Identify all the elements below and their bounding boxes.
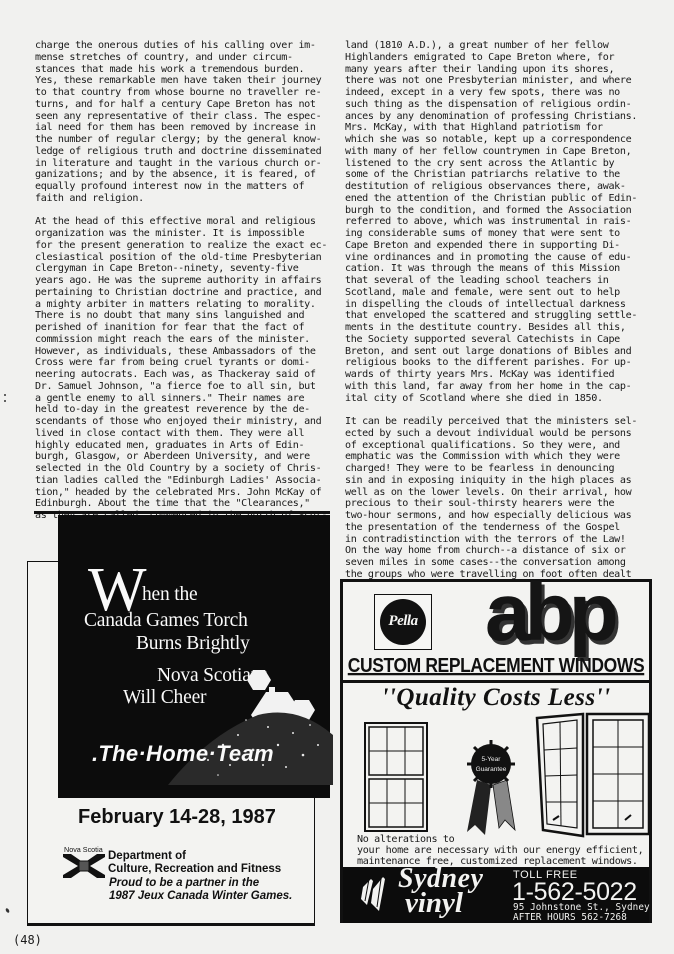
- text-line: burgh, Glasgow, or Aberdeen University, …: [35, 451, 327, 463]
- text-line: some of the Christian patriarchs relativ…: [345, 169, 637, 181]
- paragraph-gap: [35, 205, 327, 217]
- text-line: charge the onerous duties of his calling…: [35, 40, 327, 52]
- text-line: ital city of Scotland where she died in …: [345, 393, 637, 405]
- text-line: pertaining to Christian doctrine and pra…: [35, 287, 327, 299]
- nova-scotia-flag-icon: [63, 854, 105, 878]
- text-line: Breton, and sent out large donations of …: [345, 346, 637, 358]
- text-line: precious to their soul-thirsty hearers w…: [345, 498, 637, 510]
- text-line: a mighty arbiter in matters relating to …: [35, 299, 327, 311]
- department-line: Department of: [108, 850, 281, 863]
- text-line: mense stretches of country, and under ci…: [35, 52, 327, 64]
- text-line: with many of her fellow countrymen in Ca…: [345, 146, 637, 158]
- text-line: ial need for them has been removed by in…: [35, 122, 327, 134]
- slogan-home-team: .The·Home·Team: [92, 741, 274, 767]
- company-name-vinyl: vinyl: [405, 887, 463, 920]
- text-line: Highlanders emigrated to Cape Breton whe…: [345, 52, 637, 64]
- text-line: a gentle enemy to all sinners." Their na…: [35, 393, 327, 405]
- text-line: religious books to the different parishe…: [345, 357, 637, 369]
- margin-mark: [4, 400, 6, 402]
- text-line: which she was so notable, kept up a corr…: [345, 134, 637, 146]
- text-line: However, as individuals, these Ambassado…: [35, 346, 327, 358]
- article-column-right: land (1810 A.D.), a great number of her …: [345, 40, 637, 592]
- text-line: perished of inanition for fear that the …: [35, 322, 327, 334]
- page-number: (48): [13, 933, 42, 947]
- replacement-windows-ad: Pella abp CUSTOM REPLACEMENT WINDOWS ''Q…: [340, 579, 652, 923]
- text-line: It can be readily perceived that the min…: [345, 416, 637, 428]
- text-line: Yes, these remarkable men have taken the…: [35, 75, 327, 87]
- partner-line: Proud to be a partner in the: [109, 877, 292, 890]
- text-line: to that country from whose bourne no tra…: [35, 87, 327, 99]
- text-line: sin and in exposing iniquity in the high…: [345, 475, 637, 487]
- ad-divider: [343, 680, 649, 683]
- text-line: ances by any denomination of professing …: [345, 111, 637, 123]
- text-line: vine ordinances and in promoting the cau…: [345, 252, 637, 264]
- canada-games-ad-banner: W hen the Canada Games Torch Burns Brigh…: [58, 515, 330, 798]
- text-line: commission might reach the ears of the m…: [35, 334, 327, 346]
- text-line: land (1810 A.D.), a great number of her …: [345, 40, 637, 52]
- badge-line-2: Guarantee: [476, 766, 507, 773]
- text-line: cation. It was through the means of this…: [345, 263, 637, 275]
- partner-line: 1987 Jeux Canada Winter Games.: [109, 890, 292, 903]
- abp-logo: abp: [485, 572, 613, 654]
- after-hours-phone: AFTER HOURS 562-7268: [513, 913, 627, 923]
- text-line: for the present generation to realize th…: [35, 240, 327, 252]
- text-line: ected by such a devout individual would …: [345, 428, 637, 440]
- text-line: highly educated men, graduates in Arts o…: [35, 440, 327, 452]
- text-line: two-hour sermons, and how especially del…: [345, 510, 637, 522]
- text-line: charged! They were to be fearless in den…: [345, 463, 637, 475]
- text-line: wards of thirty years Mrs. McKay was ide…: [345, 369, 637, 381]
- text-line: faith and religion.: [35, 193, 327, 205]
- headline-line: Canada Games Torch: [84, 610, 248, 632]
- headline-line: hen the: [142, 584, 197, 606]
- text-line: turns, and for half a century Cape Breto…: [35, 99, 327, 111]
- department-line: Culture, Recreation and Fitness: [108, 863, 281, 876]
- text-line: referred to above, which was instrumenta…: [345, 216, 637, 228]
- text-line: emphatic was the Commission with which t…: [345, 451, 637, 463]
- text-line: equally profound interest now in the mat…: [35, 181, 327, 193]
- department-name: Department of Culture, Recreation and Fi…: [108, 850, 281, 876]
- partner-statement: Proud to be a partner in the 1987 Jeux C…: [109, 877, 292, 903]
- text-line: Cross were far from being cruel tyrants …: [35, 357, 327, 369]
- paragraph-gap: [345, 404, 637, 416]
- ad-headline: CUSTOM REPLACEMENT WINDOWS: [343, 653, 649, 677]
- text-line: in literature and taught in the various …: [35, 158, 327, 170]
- nova-scotia-label: Nova Scotia: [64, 845, 103, 854]
- text-line: in dispelling the clouds of intellectual…: [345, 299, 637, 311]
- text-line: ing considerable sums of money that were…: [345, 228, 637, 240]
- text-line: Dr. Samuel Johnson, "a fierce foe to all…: [35, 381, 327, 393]
- text-line: tian ladies called the "Edinburgh Ladies…: [35, 475, 327, 487]
- casement-window-icon: [535, 712, 651, 840]
- text-line: in contradistinction with the terrors of…: [345, 534, 637, 546]
- pella-logo: Pella: [374, 594, 432, 650]
- sydney-vinyl-logo-icon: [359, 873, 393, 915]
- text-line: stances that made his work a tremendous …: [35, 64, 327, 76]
- sydney-vinyl-banner: Sydney vinyl TOLL FREE 1-562-5022 95 Joh…: [343, 867, 649, 923]
- text-line: On the way home from church--a distance …: [345, 545, 637, 557]
- guarantee-badge-icon: 5-Year Guarantee: [463, 740, 519, 840]
- ad-body-line: No alterations to: [357, 834, 454, 846]
- text-line: tion," headed by the celebrated Mrs. Joh…: [35, 487, 327, 499]
- text-line: ened the attention of the Christian publ…: [345, 193, 637, 205]
- margin-mark: [4, 394, 6, 396]
- text-line: the number of regular clergy; by the gen…: [35, 134, 327, 146]
- text-line: that several of the leading school teach…: [345, 275, 637, 287]
- text-line: indeed, except in a very few spots, ther…: [345, 87, 637, 99]
- text-line: clesiastical position of the old-time Pr…: [35, 252, 327, 264]
- text-line: There is no doubt that many sins languis…: [35, 310, 327, 322]
- text-line: the Society supported several Catechists…: [345, 334, 637, 346]
- text-line: listened to the cry sent across the Atla…: [345, 158, 637, 170]
- text-line: well as on the lower levels. On their ar…: [345, 487, 637, 499]
- text-line: seen any representative of their class. …: [35, 111, 327, 123]
- text-line: selected in the Old Country by a society…: [35, 463, 327, 475]
- text-line: years ago. He was the supreme authority …: [35, 275, 327, 287]
- text-line: held to-day in the greatest reverence by…: [35, 404, 327, 416]
- text-line: there was not one Presbyterian minister,…: [345, 75, 637, 87]
- text-line: At the head of this effective moral and …: [35, 216, 327, 228]
- double-hung-window-icon: [364, 722, 428, 832]
- text-line: clergyman in Cape Breton--ninety, sevent…: [35, 263, 327, 275]
- text-line: Mrs. McKay, with that Highland patriotis…: [345, 122, 637, 134]
- text-line: many years after their landing upon its …: [345, 64, 637, 76]
- ad-divider-rule: [34, 511, 330, 514]
- text-line: Cape Breton and expended there in suppor…: [345, 240, 637, 252]
- headline-line: Burns Brightly: [136, 633, 250, 655]
- text-line: ments in the destitute country. Besides …: [345, 322, 637, 334]
- text-line: destitution of religious observances the…: [345, 181, 637, 193]
- badge-line-1: 5-Year: [482, 756, 502, 763]
- text-line: that enveloped the scattered and struggl…: [345, 310, 637, 322]
- text-line: Scotland, male and female, were sent out…: [345, 287, 637, 299]
- text-line: the presentation of the tenderness of th…: [345, 522, 637, 534]
- text-line: ledge of religious truth and doctrine di…: [35, 146, 327, 158]
- text-line: scendants of those who enjoyed their min…: [35, 416, 327, 428]
- text-line: such thing as the dispensation of religi…: [345, 99, 637, 111]
- text-line: of exceptional qualifications. So they w…: [345, 440, 637, 452]
- text-line: burgh to the condition, and formed the A…: [345, 205, 637, 217]
- text-line: Edinburgh. About the time that the "Clea…: [35, 498, 327, 510]
- text-line: with this land, far away from her home i…: [345, 381, 637, 393]
- text-line: lived in close contact with them. They w…: [35, 428, 327, 440]
- text-line: ganizations; and by the absence, it is f…: [35, 169, 327, 181]
- ad-body-line: your home are necessary with our energy …: [357, 845, 643, 857]
- ad-tagline: ''Quality Costs Less'': [343, 684, 649, 712]
- margin-mark: [5, 908, 10, 914]
- text-line: neering autocrats. Each was, as Thackera…: [35, 369, 327, 381]
- article-column-left: charge the onerous duties of his calling…: [35, 40, 327, 522]
- event-dates: February 14-28, 1987: [78, 806, 276, 829]
- text-line: organization was the minister. It is imp…: [35, 228, 327, 240]
- pella-logo-text: Pella: [380, 599, 426, 645]
